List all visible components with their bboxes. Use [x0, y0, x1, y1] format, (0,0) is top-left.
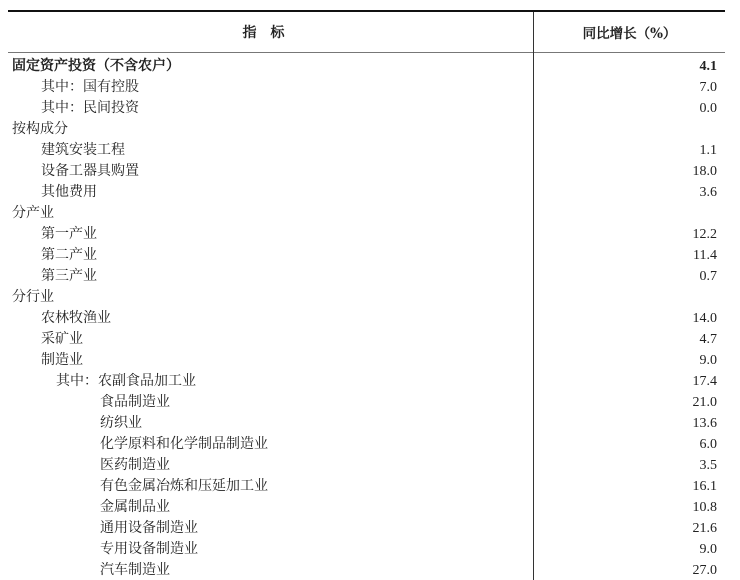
row-indicator-label: 第一产业 — [41, 224, 97, 245]
table-row: 采矿业4.7 — [8, 329, 725, 350]
row-growth-value: 21.6 — [693, 518, 718, 539]
row-growth-value: 7.0 — [700, 77, 718, 98]
table-row: 金属制品业10.8 — [8, 497, 725, 518]
row-indicator-label: 农林牧渔业 — [41, 308, 111, 329]
table-row: 固定资产投资（不含农户）4.1 — [8, 56, 725, 77]
table-row: 农林牧渔业14.0 — [8, 308, 725, 329]
row-growth-value: 13.6 — [693, 413, 718, 434]
row-growth-value: 21.0 — [693, 392, 718, 413]
table-row: 汽车制造业27.0 — [8, 560, 725, 580]
row-growth-value: 9.0 — [700, 539, 718, 560]
row-indicator-label: 第二产业 — [41, 245, 97, 266]
table-row: 第一产业12.2 — [8, 224, 725, 245]
row-indicator-label: 分行业 — [12, 287, 54, 308]
row-indicator-label: 建筑安装工程 — [41, 140, 125, 161]
row-growth-value: 4.1 — [700, 56, 718, 77]
row-growth-value: 0.7 — [700, 266, 718, 287]
row-indicator-label: 化学原料和化学制品制造业 — [100, 434, 268, 455]
table-row: 其他费用3.6 — [8, 182, 725, 203]
table-row: 食品制造业21.0 — [8, 392, 725, 413]
row-growth-value: 27.0 — [693, 560, 718, 580]
row-growth-value: 16.1 — [693, 476, 718, 497]
row-growth-value: 4.7 — [700, 329, 718, 350]
row-growth-value: 0.0 — [700, 98, 718, 119]
table-body: 固定资产投资（不含农户）4.1其中：国有控股7.0其中：民间投资0.0按构成分建… — [8, 56, 725, 580]
header-rule — [8, 52, 725, 53]
row-indicator-label: 纺织业 — [100, 413, 142, 434]
row-indicator-label: 食品制造业 — [100, 392, 170, 413]
row-indicator-label: 固定资产投资（不含农户） — [12, 56, 180, 77]
row-indicator-label: 医药制造业 — [100, 455, 170, 476]
table-row: 建筑安装工程1.1 — [8, 140, 725, 161]
row-indicator-label: 设备工器具购置 — [41, 161, 139, 182]
table-row: 有色金属冶炼和压延加工业16.1 — [8, 476, 725, 497]
column-header-yoy-growth: 同比增长（%） — [534, 12, 725, 52]
row-indicator-label: 其中：国有控股 — [41, 77, 139, 98]
table-row: 其中：农副食品加工业17.4 — [8, 371, 725, 392]
row-growth-value: 17.4 — [693, 371, 718, 392]
table-row: 第三产业0.7 — [8, 266, 725, 287]
row-growth-value: 18.0 — [693, 161, 718, 182]
column-header-indicator: 指标 — [8, 12, 533, 52]
row-indicator-label: 通用设备制造业 — [100, 518, 198, 539]
table-row: 制造业9.0 — [8, 350, 725, 371]
row-indicator-label: 其中：民间投资 — [41, 98, 139, 119]
table-row: 第二产业11.4 — [8, 245, 725, 266]
table-row: 分行业 — [8, 287, 725, 308]
row-growth-value: 1.1 — [700, 140, 718, 161]
row-indicator-label: 汽车制造业 — [100, 560, 170, 580]
row-growth-value: 10.8 — [693, 497, 718, 518]
table-row: 专用设备制造业9.0 — [8, 539, 725, 560]
table-row: 按构成分 — [8, 119, 725, 140]
table-row: 其中：国有控股7.0 — [8, 77, 725, 98]
row-indicator-label: 制造业 — [41, 350, 83, 371]
row-indicator-label: 采矿业 — [41, 329, 83, 350]
row-growth-value: 6.0 — [700, 434, 718, 455]
row-indicator-label: 其他费用 — [41, 182, 97, 203]
row-indicator-label: 金属制品业 — [100, 497, 170, 518]
table-row: 纺织业13.6 — [8, 413, 725, 434]
row-growth-value: 3.6 — [700, 182, 718, 203]
row-growth-value: 3.5 — [700, 455, 718, 476]
row-indicator-label: 第三产业 — [41, 266, 97, 287]
row-growth-value: 14.0 — [693, 308, 718, 329]
row-growth-value: 11.4 — [693, 245, 717, 266]
row-growth-value: 9.0 — [700, 350, 718, 371]
table-row: 设备工器具购置18.0 — [8, 161, 725, 182]
row-indicator-label: 分产业 — [12, 203, 54, 224]
table-row: 医药制造业3.5 — [8, 455, 725, 476]
table-row: 其中：民间投资0.0 — [8, 98, 725, 119]
row-growth-value: 12.2 — [693, 224, 718, 245]
table-row: 通用设备制造业21.6 — [8, 518, 725, 539]
row-indicator-label: 其中：农副食品加工业 — [56, 371, 196, 392]
row-indicator-label: 有色金属冶炼和压延加工业 — [100, 476, 268, 497]
row-indicator-label: 按构成分 — [12, 119, 68, 140]
table-row: 分产业 — [8, 203, 725, 224]
table-row: 化学原料和化学制品制造业6.0 — [8, 434, 725, 455]
row-indicator-label: 专用设备制造业 — [100, 539, 198, 560]
